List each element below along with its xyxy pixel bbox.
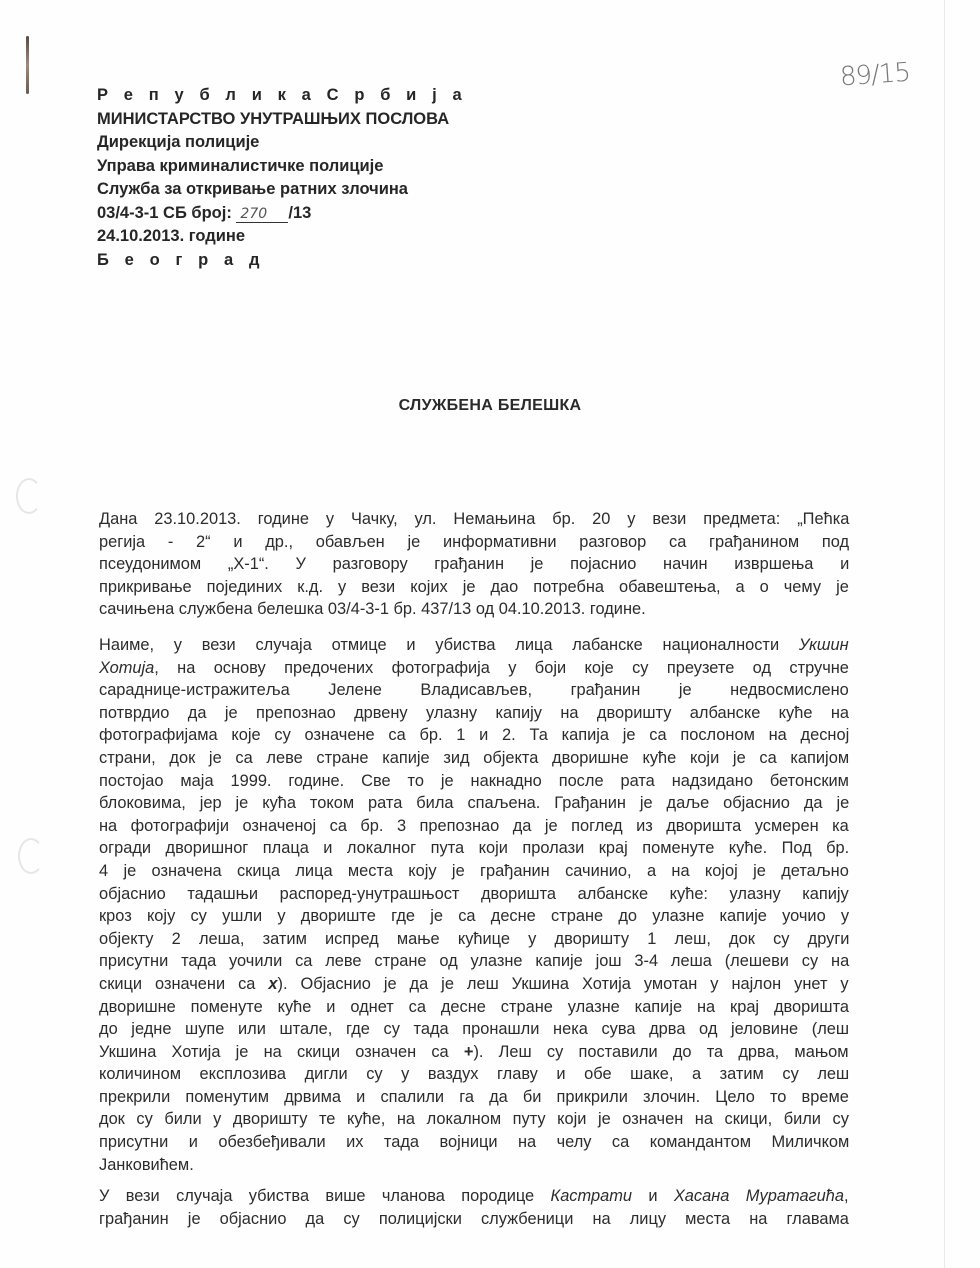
text-line: сараднице-истражитеља Јелене Владисављев…	[99, 679, 849, 702]
letterhead-date: 24.10.2013. године	[97, 225, 467, 249]
text-line: сачињена службена белешка 03/4-3-1 бр. 4…	[99, 598, 849, 621]
letterhead-directorate: Дирекција полиције	[97, 131, 467, 155]
scan-edge-line	[944, 0, 945, 1268]
text-line: прекрили поменутим дрвима и спалили га д…	[99, 1086, 849, 1109]
text-line: до једне шупе или штале, где су тада про…	[99, 1018, 849, 1041]
text-line: страни, док је са леве стране капије зид…	[99, 747, 849, 770]
punch-hole-mark	[16, 478, 42, 514]
document-title: СЛУЖБЕНА БЕЛЕШКА	[0, 397, 980, 415]
text-line: фотографијама које су означене са бр. 1 …	[99, 724, 849, 747]
text-line: блоковима, јер је кућа током рата била с…	[99, 792, 849, 815]
handwritten-archive-number: 89/15	[839, 58, 911, 93]
letterhead-service: Служба за откривање ратних злочина	[97, 178, 467, 202]
reference-prefix: 03/4-3-1 СБ број:	[97, 204, 232, 222]
text-line: на фотографији означеној са бр. 3 препоз…	[99, 815, 849, 838]
text-line: грађанин је објаснио да су полицијски сл…	[99, 1208, 849, 1231]
sketch-mark-x: x	[268, 975, 277, 993]
letterhead-country: Р е п у б л и к а С р б и ј а	[97, 84, 467, 108]
text-line: Наиме, у вези случаја отмице и убиства л…	[99, 634, 849, 657]
text-line: псеудонимом „Х-1“. У разговору грађанин …	[99, 553, 849, 576]
text-line: количином експлозива дигли су у ваздух г…	[99, 1063, 849, 1086]
text-line: 4 је означена скица лица места коју је г…	[99, 860, 849, 883]
handwritten-reference-number: 270	[236, 206, 288, 223]
text-line: постојао маја 1999. године. Све то је на…	[99, 770, 849, 793]
italic-name: Хотија	[99, 659, 154, 677]
text-line: Дана 23.10.2013. године у Чачку, ул. Нем…	[99, 508, 849, 531]
italic-name: Укшин	[799, 636, 849, 654]
text-line: објаснио тадашњи распоред-унутрашњост дв…	[99, 883, 849, 906]
punch-hole-mark	[18, 838, 44, 874]
text-line: Јанковићем.	[99, 1154, 849, 1177]
text-line: док су били у дворишту те куће, на локал…	[99, 1108, 849, 1131]
text-line: регија - 2“ и др., обављен је информатив…	[99, 531, 849, 554]
letterhead: Р е п у б л и к а С р б и ј а МИНИСТАРСТ…	[97, 84, 467, 272]
letterhead-department: Управа криминалистичке полиције	[97, 155, 467, 179]
text-line: У вези случаја убиства више чланова поро…	[99, 1185, 849, 1208]
reference-suffix: /13	[288, 204, 311, 222]
paragraph-2: Наиме, у вези случаја отмице и убиства л…	[99, 634, 849, 1176]
text-line: скици означени са x). Објаснио је да је …	[99, 973, 849, 996]
text-line: присутни тада уочили са леве стране од у…	[99, 950, 849, 973]
text-line: кроз коју су ушли у двориште где је са д…	[99, 905, 849, 928]
italic-name: Кастрати	[551, 1187, 632, 1205]
text-line: присутни и обезбеђивали их тада војници …	[99, 1131, 849, 1154]
italic-name: Хасана Муратагића	[674, 1187, 844, 1205]
text-line: Укшина Хотија је на скици означен са +).…	[99, 1041, 849, 1064]
letterhead-city: Б е о г р а д	[97, 249, 467, 273]
paragraph-1: Дана 23.10.2013. године у Чачку, ул. Нем…	[99, 508, 849, 621]
staple-mark	[26, 36, 29, 94]
text-line: потврдио да је препознао дрвену улазну к…	[99, 702, 849, 725]
paragraph-3: У вези случаја убиства више чланова поро…	[99, 1185, 849, 1230]
text-line: огради дворишног плаца и локалног пута к…	[99, 837, 849, 860]
letterhead-reference-number: 03/4-3-1 СБ број: 270/13	[97, 202, 467, 226]
text-line: објекту 2 леша, затим испред мање кућице…	[99, 928, 849, 951]
letterhead-ministry: МИНИСТАРСТВО УНУТРАШЊИХ ПОСЛОВА	[97, 108, 467, 132]
text-line: Хотија, на основу предочених фотографија…	[99, 657, 849, 680]
document-page: 89/15 Р е п у б л и к а С р б и ј а МИНИ…	[0, 0, 980, 1268]
text-line: дворишне поменуте куће и однет са десне …	[99, 996, 849, 1019]
text-line: прикривање појединих к.д. у вези којих ј…	[99, 576, 849, 599]
